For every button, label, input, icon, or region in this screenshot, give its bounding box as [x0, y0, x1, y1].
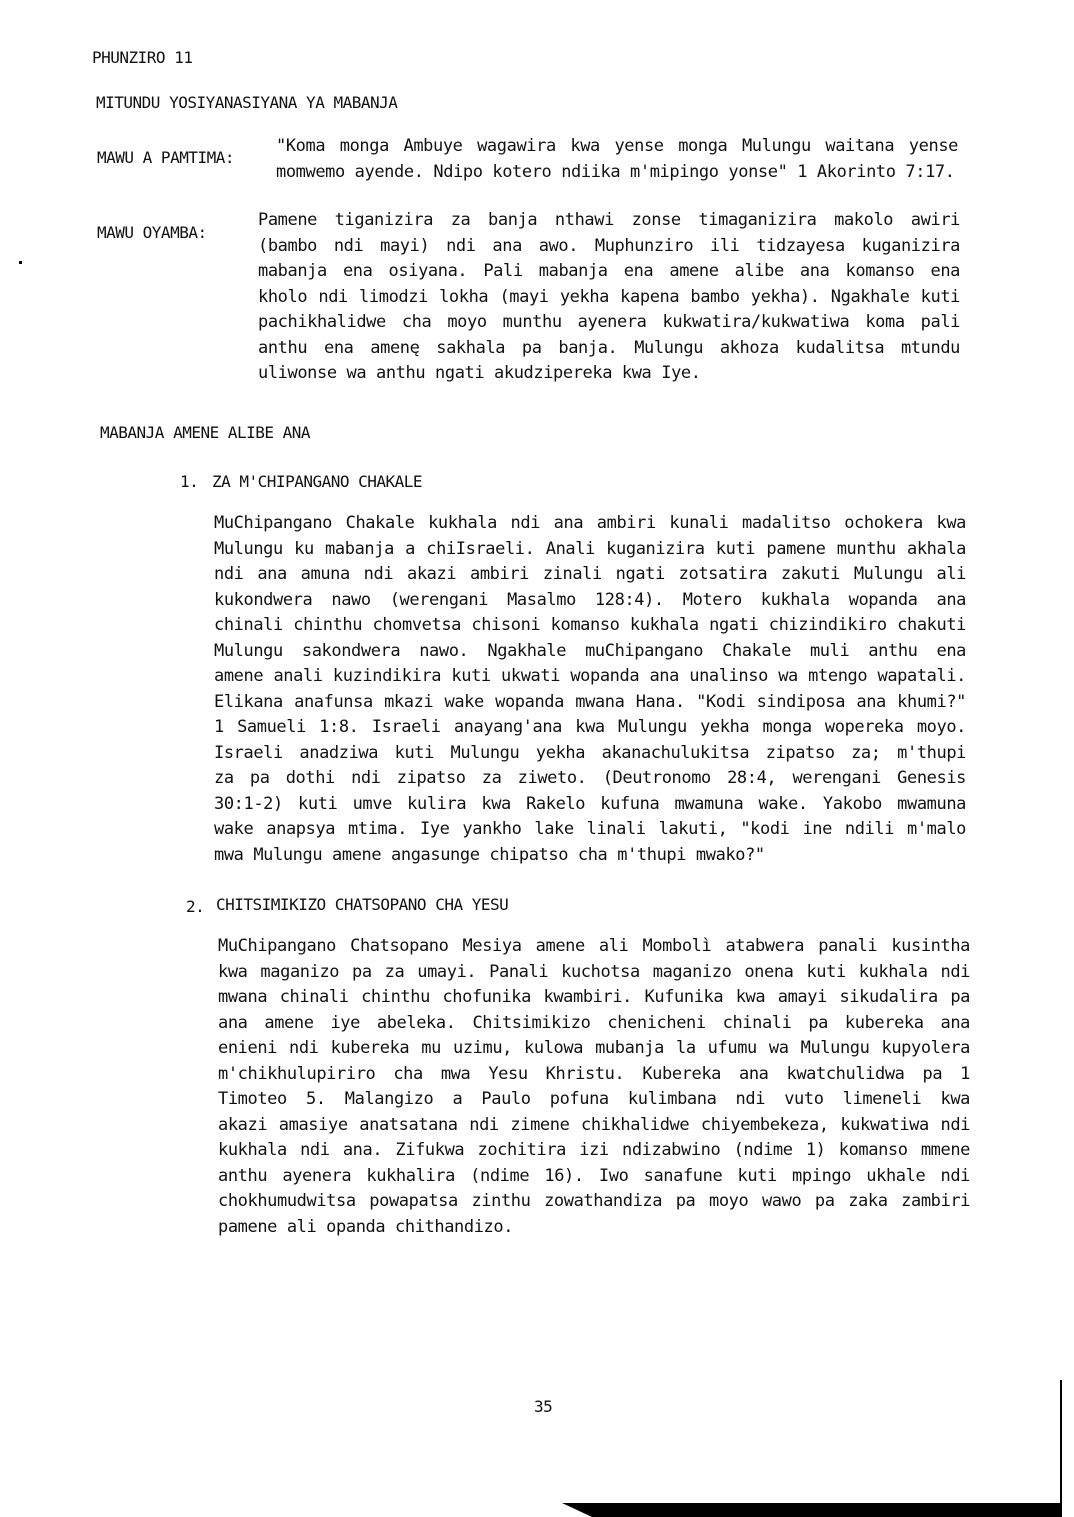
body-line: 1 Samueli 1:8. Israeli anayang'ana kwa M… — [214, 715, 966, 741]
body-line: m'chikhulupiriro cha mwa Yesu Khristu. K… — [218, 1062, 970, 1088]
body-line: Mulungu sakondwera nawo. Ngakhale muChip… — [214, 639, 966, 665]
lesson-number: PHUNZIRO 11 — [92, 48, 192, 67]
subsection-1-body: MuChipangano Chakale kukhala ndi ana amb… — [214, 511, 966, 868]
body-line: Elikana anafunsa mkazi wake wopanda mwan… — [214, 690, 966, 716]
memory-verse-text: "Koma monga Ambuye wagawira kwa yense mo… — [276, 134, 958, 185]
intro-line: kholo ndi limodzi lokha (mayi yekha kape… — [258, 285, 960, 311]
body-line: anthu ayenera kukhalira (ndime 16). Iwo … — [218, 1164, 970, 1190]
body-line: Mulungu ku mabanja a chiIsraeli. Anali k… — [214, 537, 966, 563]
intro-line: uliwonse wa anthu ngati akudzipereka kwa… — [258, 361, 960, 387]
memory-verse-line: momwemo ayende. Ndipo kotero ndiika m'mi… — [276, 160, 958, 186]
body-line: mwa Mulungu amene angasunge chipatso cha… — [214, 843, 966, 869]
body-line: MuChipangano Chatsopano Mesiya amene ali… — [218, 934, 970, 960]
subsection-2-number: 2. — [186, 897, 204, 916]
intro-line: mabanja ena osiyana. Pali mabanja ena am… — [258, 259, 960, 285]
intro-label: MAWU OYAMBA: — [97, 223, 207, 242]
intro-line: (bambo ndi mayi) ndi ana awo. Muphunziro… — [258, 234, 960, 260]
body-line: chokhumudwitsa powapatsa zinthu zowathan… — [218, 1189, 970, 1215]
intro-line: pachikhalidwe cha moyo munthu ayenera ku… — [258, 310, 960, 336]
body-line: akazi amasiye anatsatana ndi zimene chik… — [218, 1113, 970, 1139]
intro-text: Pamene tiganizira za banja nthawi zonse … — [258, 208, 960, 387]
body-line: amene anali kuzindikira kuti ukwati wopa… — [214, 664, 966, 690]
body-line: za pa dothi ndi zipatso za ziweto. (Deut… — [214, 766, 966, 792]
subsection-2-heading: CHITSIMIKIZO CHATSOPANO CHA YESU — [216, 895, 508, 914]
body-line: wake anapsya mtima. Iye yankho lake lina… — [214, 817, 966, 843]
body-line: ana amene iye abeleka. Chitsimikizo chen… — [218, 1011, 970, 1037]
page-title: MITUNDU YOSIYANASIYANA YA MABANJA — [96, 93, 397, 112]
body-line: kukhala ndi ana. Zifukwa zochitira izi n… — [218, 1138, 970, 1164]
body-line: Israeli anadziwa kuti Mulungu yekha akan… — [214, 741, 966, 767]
memory-verse-label: MAWU A PAMTIMA: — [97, 148, 234, 167]
body-line: enieni ndi kubereka mu uzimu, kulowa mub… — [218, 1036, 970, 1062]
page-number: 35 — [534, 1397, 552, 1416]
scan-speck — [19, 261, 22, 264]
body-line: kukondwera nawo (werengani Masalmo 128:4… — [214, 588, 966, 614]
scan-bottom-shadow — [562, 1503, 1062, 1517]
intro-line: Pamene tiganizira za banja nthawi zonse … — [258, 208, 960, 234]
body-line: pamene ali opanda chithandizo. — [218, 1215, 970, 1241]
memory-verse-line: "Koma monga Ambuye wagawira kwa yense mo… — [276, 134, 958, 160]
body-line: mwana chinali chinthu chofunika kwambiri… — [218, 985, 970, 1011]
scan-edge-shadow — [1060, 1380, 1062, 1505]
body-line: Timoteo 5. Malangizo a Paulo pofuna kuli… — [218, 1087, 970, 1113]
subsection-1-number: 1. — [180, 472, 198, 491]
section-heading: MABANJA AMENE ALIBE ANA — [100, 423, 310, 442]
body-line: MuChipangano Chakale kukhala ndi ana amb… — [214, 511, 966, 537]
subsection-1-heading: ZA M'CHIPANGANO CHAKALE — [212, 472, 422, 491]
intro-line: anthu ena amenę sakhala pa banja. Mulung… — [258, 336, 960, 362]
body-line: chinali chinthu chomvetsa chisoni komans… — [214, 613, 966, 639]
body-line: 30:1-2) kuti umve kulira kwa Rakelo kufu… — [214, 792, 966, 818]
body-line: ndi ana amuna ndi akazi ambiri zinali ng… — [214, 562, 966, 588]
subsection-2-body: MuChipangano Chatsopano Mesiya amene ali… — [218, 934, 970, 1240]
body-line: kwa maganizo pa za umayi. Panali kuchots… — [218, 960, 970, 986]
